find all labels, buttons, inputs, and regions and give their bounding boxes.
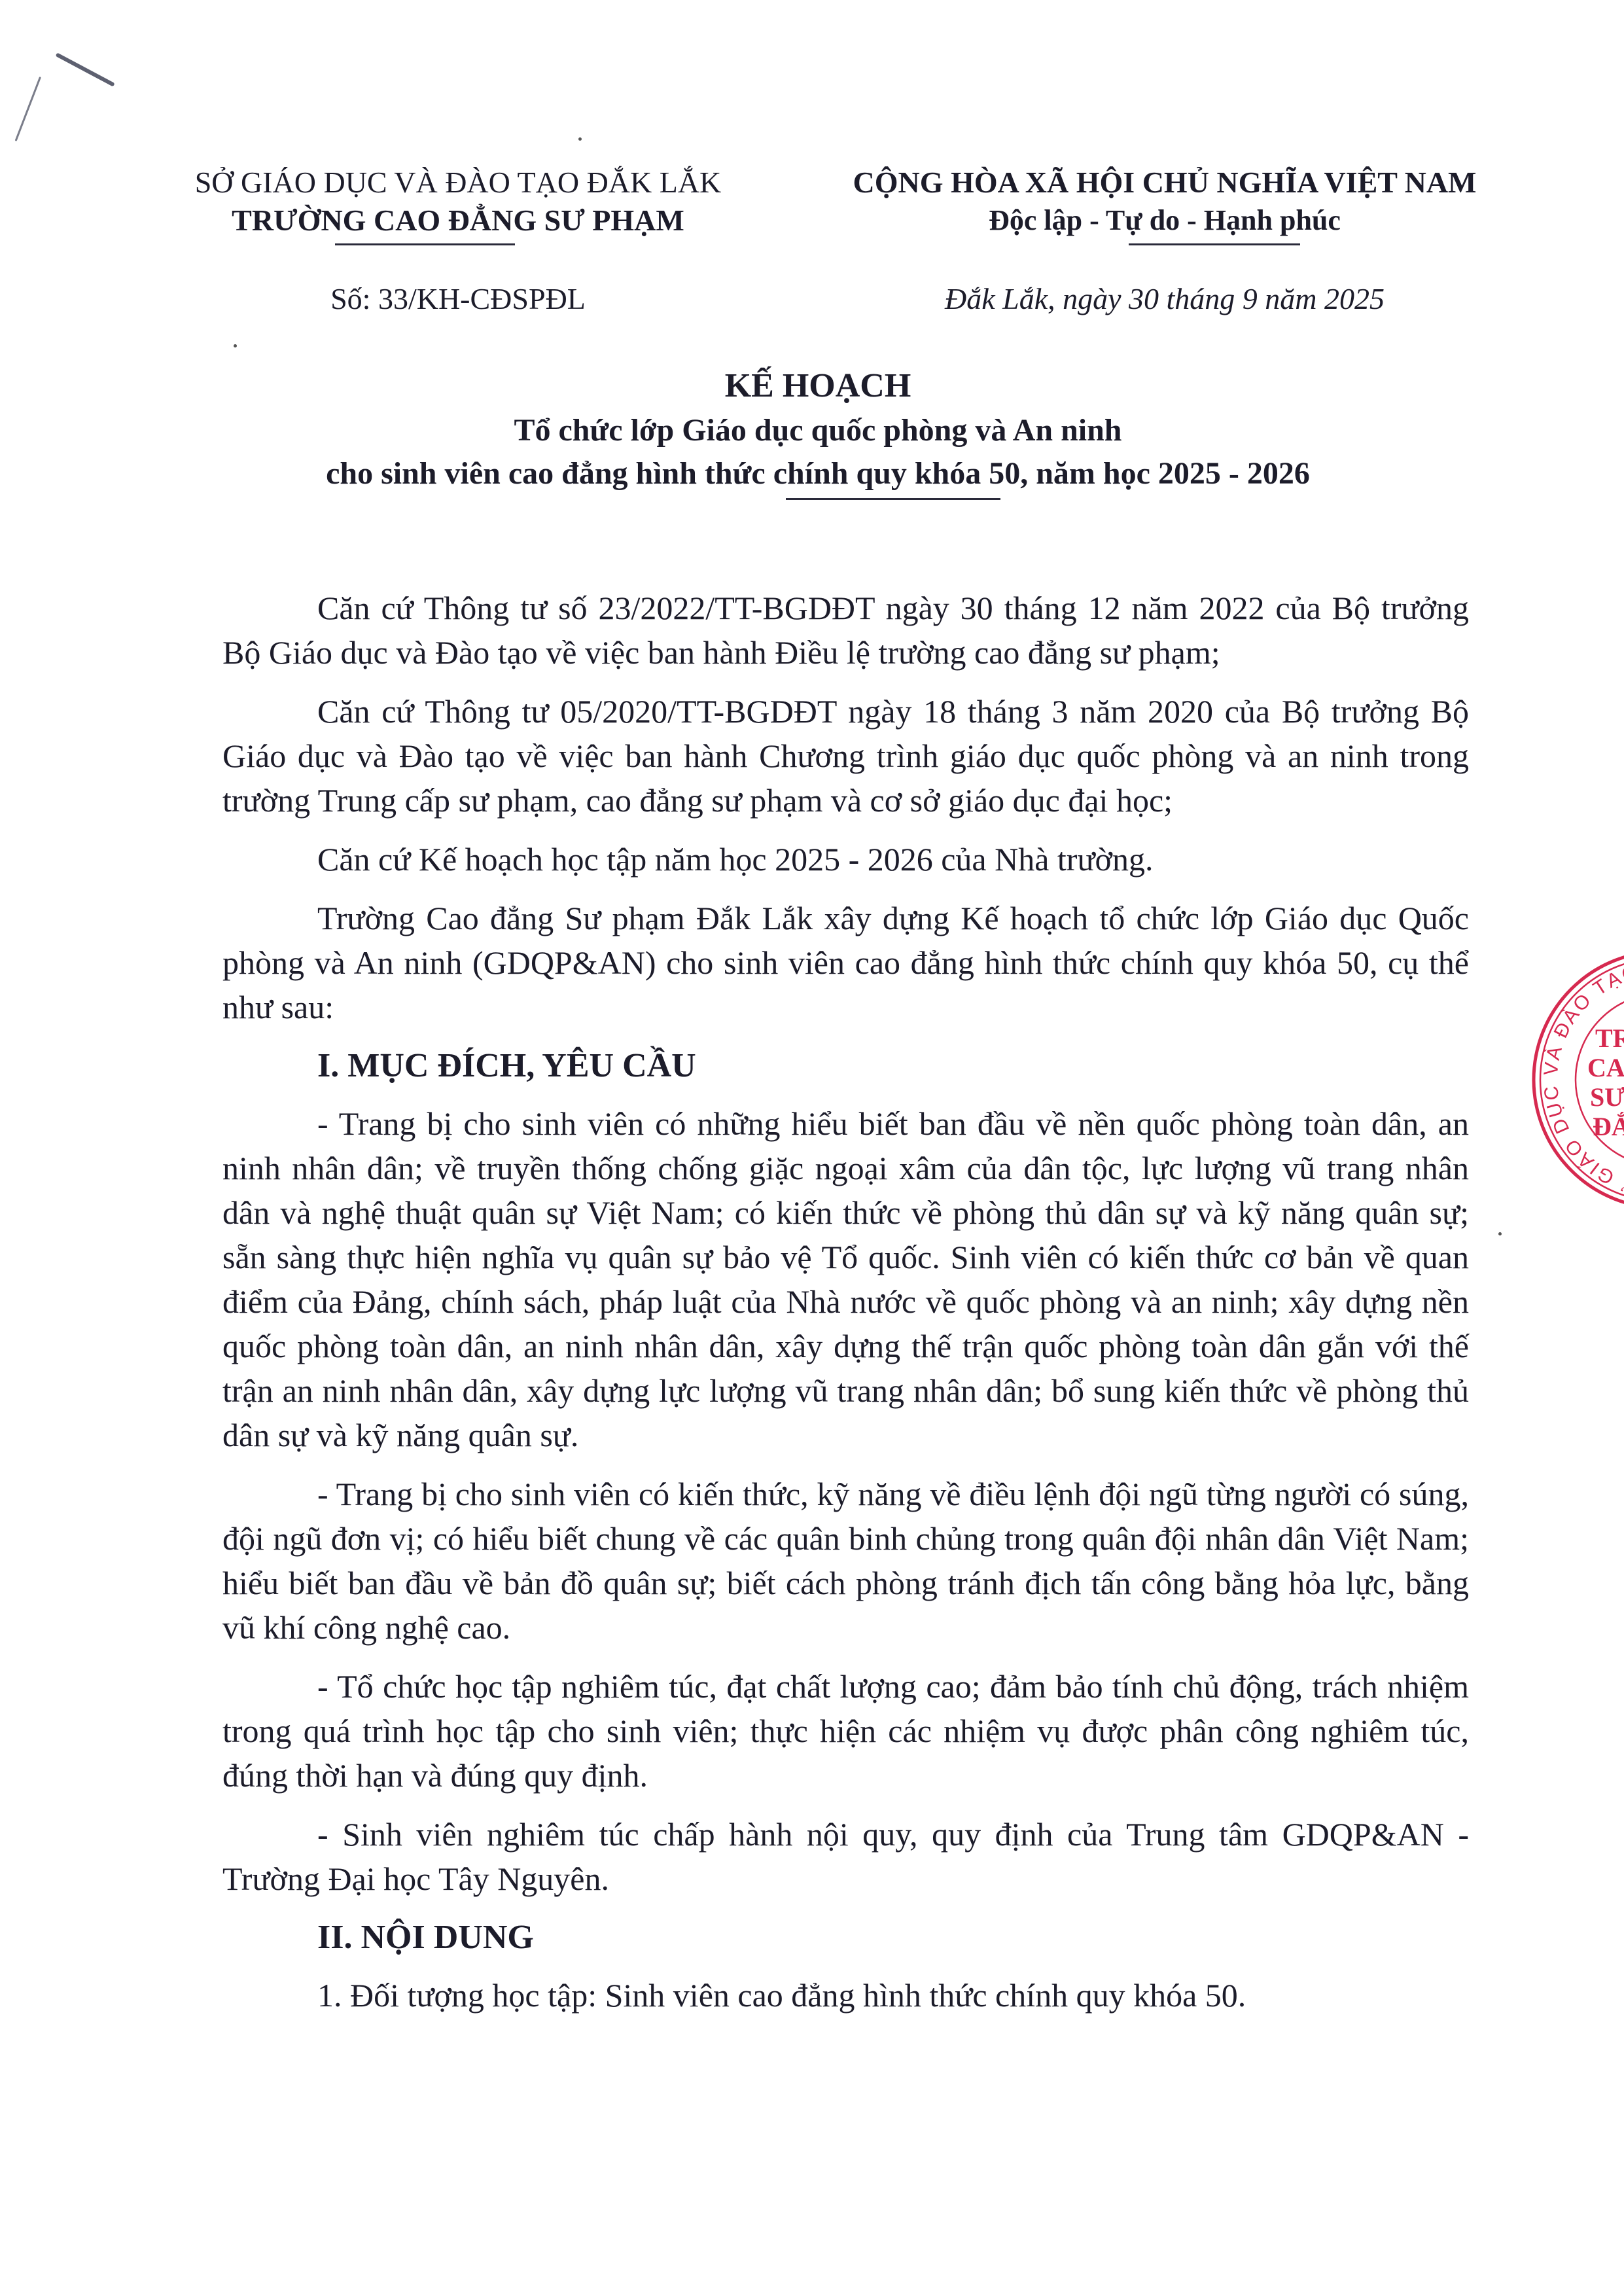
official-stamp: SỞ GIÁO DỤC VÀ ĐÀO TẠO TRƯỜNG CAO ĐẲNG S… bbox=[1525, 942, 1624, 1217]
divider bbox=[786, 498, 1000, 500]
scan-speck bbox=[234, 344, 237, 347]
document-date: Đắk Lắk, ngày 30 tháng 9 năm 2025 bbox=[785, 281, 1544, 316]
issuing-authority: SỞ GIÁO DỤC VÀ ĐÀO TẠO ĐẮK LẮK TRƯỜNG CA… bbox=[131, 164, 785, 245]
department-name: SỞ GIÁO DỤC VÀ ĐÀO TẠO ĐẮK LẮK bbox=[131, 164, 785, 202]
legal-basis: Căn cứ Kế hoạch học tập năm học 2025 - 2… bbox=[222, 837, 1469, 881]
document-title: KẾ HOẠCH Tổ chức lớp Giáo dục quốc phòng… bbox=[131, 363, 1505, 500]
country-name: CỘNG HÒA XÃ HỘI CHỦ NGHĨA VIỆT NAM bbox=[785, 164, 1544, 202]
divider bbox=[335, 243, 515, 245]
section-heading: II. NỘI DUNG bbox=[222, 1915, 1469, 1960]
national-motto: CỘNG HÒA XÃ HỘI CHỦ NGHĨA VIỆT NAM Độc l… bbox=[785, 164, 1544, 245]
scan-speck bbox=[578, 137, 582, 141]
legal-basis: Căn cứ Thông tư số 23/2022/TT-BGDĐT ngày… bbox=[222, 586, 1469, 675]
title-main: KẾ HOẠCH bbox=[131, 363, 1505, 409]
svg-text:ĐẮK LẮK: ĐẮK LẮK bbox=[1593, 1112, 1624, 1141]
section-heading: I. MỤC ĐÍCH, YÊU CẦU bbox=[222, 1044, 1469, 1088]
document-body: Căn cứ Thông tư số 23/2022/TT-BGDĐT ngày… bbox=[222, 586, 1469, 2032]
list-item: - Trang bị cho sinh viên có những hiểu b… bbox=[222, 1101, 1469, 1457]
pen-mark bbox=[15, 77, 41, 141]
svg-text:SƯ PHẠM: SƯ PHẠM bbox=[1590, 1082, 1624, 1112]
intro-paragraph: Trường Cao đẳng Sư phạm Đắk Lắk xây dựng… bbox=[222, 896, 1469, 1029]
document-number: Số: 33/KH-CĐSPĐL bbox=[131, 281, 785, 316]
pen-mark bbox=[56, 52, 115, 86]
school-name: TRƯỜNG CAO ĐẲNG SƯ PHẠM bbox=[131, 202, 785, 240]
scan-speck bbox=[1498, 1232, 1502, 1235]
motto: Độc lập - Tự do - Hạnh phúc bbox=[785, 202, 1544, 240]
list-item: - Tổ chức học tập nghiêm túc, đạt chất l… bbox=[222, 1664, 1469, 1798]
list-item: 1. Đối tượng học tập: Sinh viên cao đẳng… bbox=[222, 1973, 1469, 2017]
svg-text:CAO ĐẲNG: CAO ĐẲNG bbox=[1587, 1052, 1624, 1082]
legal-basis: Căn cứ Thông tư 05/2020/TT-BGDĐT ngày 18… bbox=[222, 689, 1469, 823]
list-item: - Sinh viên nghiêm túc chấp hành nội quy… bbox=[222, 1812, 1469, 1901]
svg-text:TRƯỜNG: TRƯỜNG bbox=[1595, 1023, 1624, 1053]
title-subtitle-2: cho sinh viên cao đẳng hình thức chính q… bbox=[131, 452, 1505, 495]
title-subtitle-1: Tổ chức lớp Giáo dục quốc phòng và An ni… bbox=[131, 409, 1505, 452]
list-item: - Trang bị cho sinh viên có kiến thức, k… bbox=[222, 1472, 1469, 1650]
divider bbox=[1129, 243, 1300, 245]
